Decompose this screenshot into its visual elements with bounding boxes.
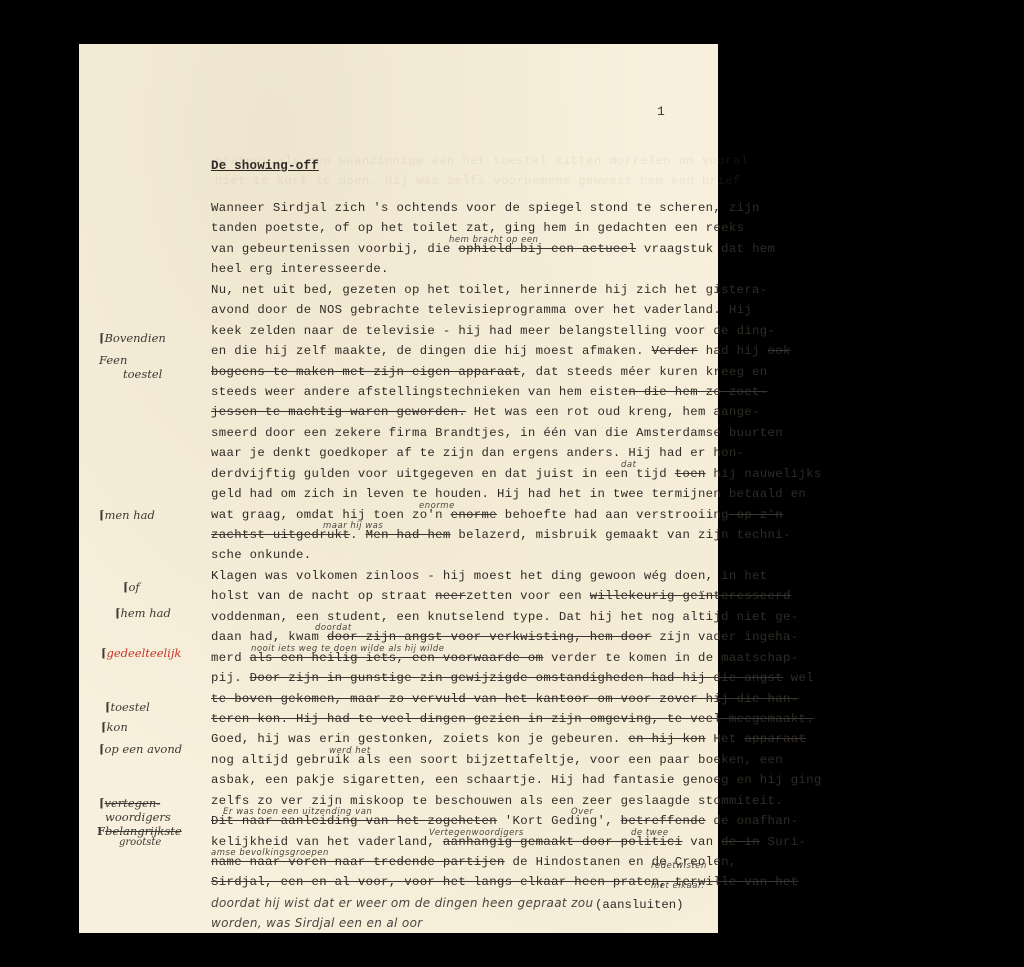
closing-note: (aansluiten)	[595, 898, 684, 912]
margin-note: woordigers	[105, 810, 171, 824]
page-number: 1	[657, 104, 665, 119]
text-line: holst van de nacht op straat neerzetten …	[211, 586, 711, 606]
handwritten-insertion: Vertegenwoordigers	[429, 823, 524, 843]
struck-text: jessen te machtig waren geworden.	[211, 405, 466, 419]
text-line: Klagen was volkomen zinloos - hij moest …	[211, 566, 711, 586]
margin-note: ⌈Bovendien	[99, 331, 166, 345]
text-line: keek zelden naar de televisie - hij had …	[211, 321, 711, 341]
handwritten-insertion: doordat	[315, 618, 352, 638]
text-line: name naar voren naar tredende partijen d…	[211, 852, 711, 872]
margin-note: ⌈kon	[101, 720, 128, 734]
text-line: nog altijd gebruik als een soort bijzett…	[211, 750, 711, 770]
handwritten-insertion: Er was toen een uitzending van	[223, 802, 372, 822]
struck-text: de in	[721, 835, 760, 849]
text-line: geld had om zich in leven te houden. Hij…	[211, 484, 711, 504]
margin-note: ⌈toestel	[105, 700, 150, 714]
struck-text: Door zijn in gunstige zin gewijzigde oms…	[250, 671, 783, 685]
text-line: te boven gekomen, maar zo vervuld van he…	[211, 689, 711, 709]
text-line: avond door de NOS gebrachte televisiepro…	[211, 300, 711, 320]
text-line: Goed, hij was erin gestonken, zoiets kon…	[211, 729, 711, 749]
margin-note: grootste	[119, 837, 161, 848]
margin-note: ⌈men had	[99, 508, 155, 522]
text-line: pij. Door zijn in gunstige zin gewijzigd…	[211, 668, 711, 688]
struck-text: toen	[675, 467, 706, 481]
text-line: bogeens te maken met zijn eigen apparaat…	[211, 362, 711, 382]
margin-note: toestel	[123, 367, 162, 381]
text-line: smeerd door een zekere firma Brandtjes, …	[211, 423, 711, 443]
struck-text: teren kon. Hij had te veel dingen gezien…	[211, 712, 814, 726]
margin-note: ⌈op een avond	[99, 742, 182, 756]
text-line: teren kon. Hij had te veel dingen gezien…	[211, 709, 711, 729]
struck-text: willekeurig geïnteresseerd	[590, 589, 791, 603]
text-line: sche onkunde.	[211, 545, 711, 565]
struck-text: Verder	[652, 344, 698, 358]
struck-text: Sirdjal, een en al voor, voor het langs …	[211, 875, 798, 889]
handwritten-insertion: de twee	[631, 823, 669, 843]
handwritten-insertion: amse bevolkingsgroepen	[211, 843, 329, 863]
margin-note: Fbelangrijkste	[97, 824, 182, 838]
text-line: derdvijftig gulden voor uitgegeven en da…	[211, 464, 711, 484]
document-title: De showing-off	[211, 159, 319, 173]
margin-note: ⌈gedeelteelijk	[101, 646, 181, 660]
text-line: heel erg interesseerde.	[211, 259, 711, 279]
margin-note: Feen	[99, 353, 127, 367]
text-line: en die hij zelf maakte, de dingen die hi…	[211, 341, 711, 361]
handwritten-insertion: hem bracht op een	[449, 230, 538, 250]
struck-text: bogeens te maken met zijn eigen apparaat	[211, 365, 520, 379]
struck-text: neer	[435, 589, 466, 603]
text-line: merd als een heilig iets, een voorwaarde…	[211, 648, 711, 668]
handwritten-insertion: Over	[571, 802, 593, 822]
text-line: asbak, een pakje sigaretten, een schaart…	[211, 770, 711, 790]
show-through-text: niet te kort te doen. Hij was zelfs voor…	[215, 174, 741, 188]
margin-note: ⌈vertegen-	[99, 796, 160, 810]
struck-text: en hij kon	[628, 732, 705, 746]
struck-text: te boven gekomen, maar zo vervuld van he…	[211, 692, 798, 706]
text-line: Sirdjal, een en al voor, voor het langs …	[211, 872, 711, 892]
struck-text: enorme	[451, 508, 497, 522]
text-line: wat graag, omdat hij toen zo'n enorme be…	[211, 505, 711, 525]
text-line: Wanneer Sirdjal zich 's ochtends voor de…	[211, 198, 711, 218]
text-line: zachtst uitgedrukt. Men had hem belazerd…	[211, 525, 711, 545]
handwritten-insertion: werd het	[329, 741, 371, 761]
text-line: steeds weer andere afstellingstechnieken…	[211, 382, 711, 402]
text-line: jessen te machtig waren geworden. Het wa…	[211, 402, 711, 422]
struck-text: op z'n	[729, 508, 783, 522]
handwritten-insertion: dat	[621, 455, 636, 475]
margin-note: ⌈of	[123, 580, 140, 594]
text-line: voddenman, een student, een knutselend t…	[211, 607, 711, 627]
text-line: van gebeurtenissen voorbij, die ophield …	[211, 239, 711, 259]
margin-note: ⌈hem had	[115, 606, 171, 620]
struck-text: apparaat	[744, 732, 806, 746]
handwritten-insertion: nooit iets weg te doen wilde als hij wil…	[251, 639, 445, 659]
handwritten-line: worden, was Sirdjal een en al oor	[211, 913, 711, 933]
handwritten-insertion: enorme	[419, 496, 455, 516]
struck-text: ook	[768, 344, 791, 358]
manuscript-page: praten, als een waanzinnige aan het toes…	[79, 44, 718, 933]
text-line: Nu, net uit bed, gezeten op het toilet, …	[211, 280, 711, 300]
body-text: Wanneer Sirdjal zich 's ochtends voor de…	[211, 198, 711, 934]
handwritten-insertion: maar hij was	[323, 516, 383, 536]
struck-text: n die hem zo zoet-	[628, 385, 767, 399]
